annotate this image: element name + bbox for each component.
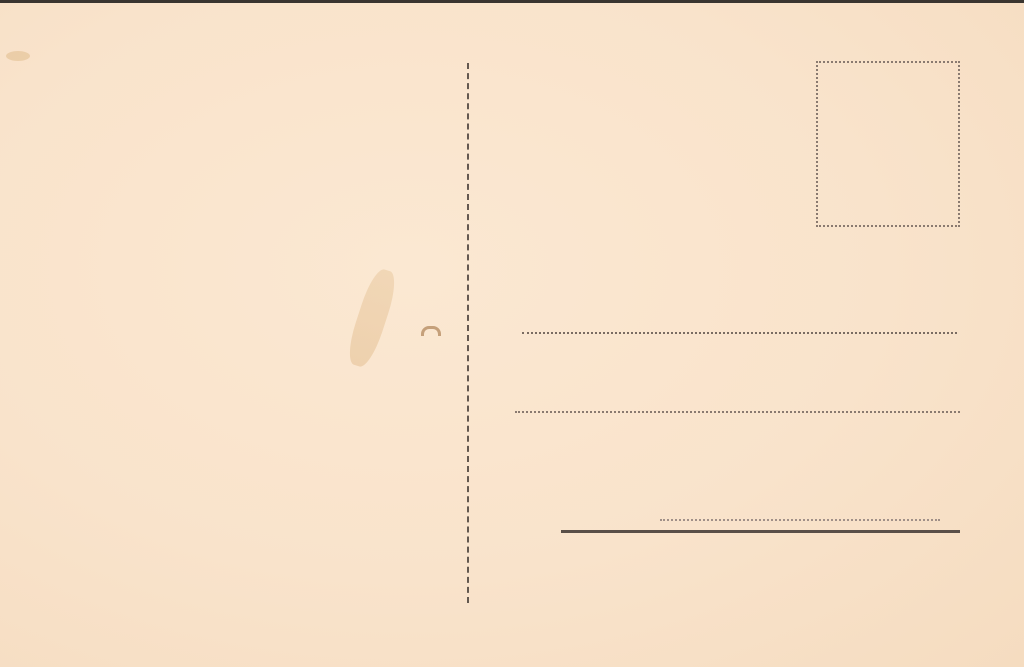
- address-line-2: [515, 411, 960, 413]
- stain-spot: [6, 51, 30, 61]
- address-line-4: [561, 530, 960, 533]
- stain-spot: [421, 326, 441, 336]
- center-divider: [467, 63, 469, 603]
- postcard-back: [0, 3, 1024, 667]
- stamp-box: [816, 61, 960, 227]
- address-line-1: [522, 332, 957, 334]
- stain-mark: [343, 266, 401, 370]
- address-line-3: [660, 519, 940, 521]
